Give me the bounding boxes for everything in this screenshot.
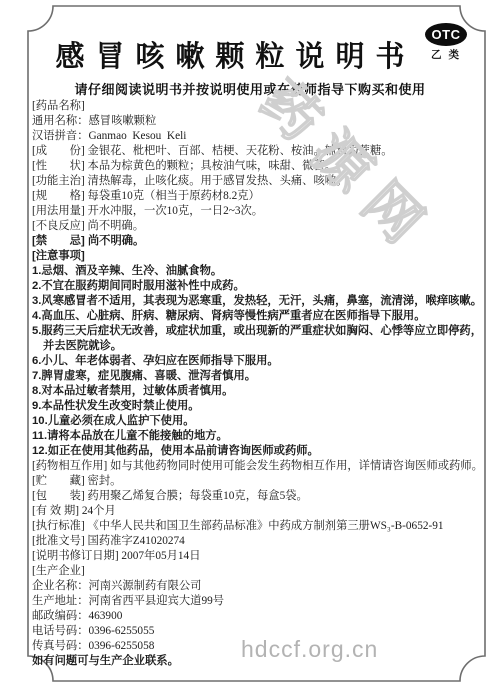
- leaflet-line: [生产企业]: [32, 564, 488, 579]
- leaflet-line: 12.如正在使用其他药品，使用本品前请咨询医师或药师。: [32, 444, 488, 459]
- otc-logo-icon: OTC: [425, 23, 467, 46]
- leaflet-line: 3.风寒感冒者不适用，其表现为恶寒重，发热轻，无汗，头痛，鼻塞，流清涕，喉痒咳嗽…: [32, 294, 488, 309]
- leaflet-line: 11.请将本品放在儿童不能接触的地方。: [32, 429, 488, 444]
- leaflet-line: 5.服药三天后症状无改善，或症状加重，或出现新的严重症状如胸闷、心悸等应立即停药…: [32, 324, 488, 354]
- leaflet-line: 1.忌烟、酒及辛辣、生冷、油腻食物。: [32, 264, 488, 279]
- leaflet-line: [性 状] 本品为棕黄色的颗粒；具桉油气味，味甜、微苦。: [32, 159, 488, 174]
- leaflet-line: [包 装] 药用聚乙烯复合膜；每袋重10克，每盒5袋。: [32, 489, 488, 504]
- leaflet-line: [规 格] 每袋重10克（相当于原药材8.2克）: [32, 189, 488, 204]
- leaflet-line: [批准文号] 国药准字Z41020274: [32, 534, 488, 549]
- leaflet-line: 2.不宜在服药期间同时服用滋补性中成药。: [32, 279, 488, 294]
- leaflet-line: 生产地址：河南省西平县迎宾大道99号: [32, 594, 488, 609]
- leaflet-line: [药品名称]: [32, 99, 488, 114]
- otc-class-label: 乙 类: [425, 47, 467, 62]
- leaflet-page: 药源网 OTC 乙 类 感冒咳嗽颗粒说明书 请仔细阅读说明书并按说明使用或在药师…: [0, 0, 500, 693]
- leaflet-line: 企业名称：河南兴源制药有限公司: [32, 579, 488, 594]
- leaflet-line: [注意事项]: [32, 249, 488, 264]
- leaflet-line: 9.本品性状发生改变时禁止使用。: [32, 399, 488, 414]
- leaflet-line: [贮 藏] 密封。: [32, 474, 488, 489]
- leaflet-line: [不良反应] 尚不明确。: [32, 219, 488, 234]
- leaflet-line: [说明书修订日期] 2007年05月14日: [32, 549, 488, 564]
- leaflet-line: [功能主治] 清热解毒，止咳化痰。用于感冒发热、头痛、咳嗽。: [32, 174, 488, 189]
- leaflet-line: 如有问题可与生产企业联系。: [32, 654, 488, 669]
- leaflet-line: 邮政编码：463900: [32, 609, 488, 624]
- leaflet-line: 4.高血压、心脏病、肝病、糖尿病、肾病等慢性病严重者应在医师指导下服用。: [32, 309, 488, 324]
- leaflet-line: [有 效 期] 24个月: [32, 504, 488, 519]
- leaflet-line: 通用名称：感冒咳嗽颗粒: [32, 114, 488, 129]
- page-title: 感冒咳嗽颗粒说明书: [0, 34, 460, 75]
- otc-badge: OTC 乙 类: [425, 23, 467, 62]
- page-subtitle: 请仔细阅读说明书并按说明使用或在药师指导下购买和使用: [0, 79, 500, 98]
- leaflet-line: 传真号码：0396-6255058: [32, 639, 488, 654]
- leaflet-line: [禁 忌] 尚不明确。: [32, 234, 488, 249]
- leaflet-line: 电话号码：0396-6255055: [32, 624, 488, 639]
- leaflet-line: 7.脾胃虚寒，症见腹痛、喜暖、泄泻者慎用。: [32, 369, 488, 384]
- leaflet-line: 汉语拼音：Ganmao Kesou Keli: [32, 129, 488, 144]
- leaflet-body: [药品名称]通用名称：感冒咳嗽颗粒汉语拼音：Ganmao Kesou Keli[…: [32, 99, 488, 669]
- leaflet-line: [用法用量] 开水冲服，一次10克，一日2~3次。: [32, 204, 488, 219]
- leaflet-line: 6.小儿、年老体弱者、孕妇应在医师指导下服用。: [32, 354, 488, 369]
- leaflet-line: [成 份] 金银花、枇杷叶、百部、桔梗、天花粉、桉油。辅料为蔗糖。: [32, 144, 488, 159]
- leaflet-line: [药物相互作用] 如与其他药物同时使用可能会发生药物相互作用，详情请咨询医师或药…: [32, 459, 488, 474]
- leaflet-line: [执行标准] 《中华人民共和国卫生部药品标准》中药成方制剂第三册WS₃-B-06…: [32, 519, 488, 534]
- leaflet-line: 10.儿童必须在成人监护下使用。: [32, 414, 488, 429]
- leaflet-line: 8.对本品过敏者禁用，过敏体质者慎用。: [32, 384, 488, 399]
